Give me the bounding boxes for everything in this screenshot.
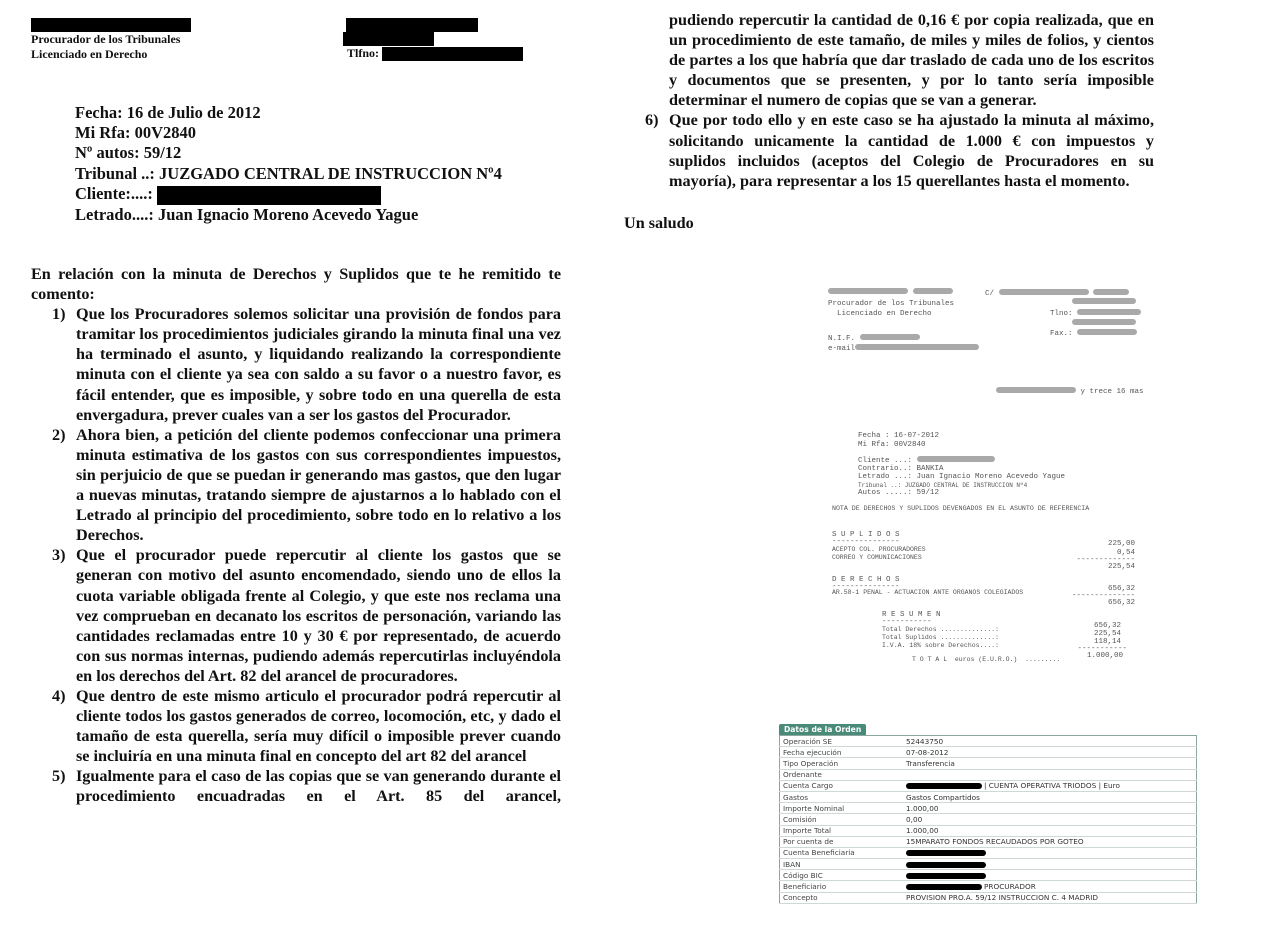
order-key: Gastos: [780, 791, 904, 802]
reference-block: Fecha: 16 de Julio de 2012 Mi Rfa: 00V28…: [75, 103, 502, 225]
order-row: Ordenante: [780, 769, 1197, 780]
order-row: Código BIC: [780, 870, 1197, 881]
order-value: | CUENTA OPERATIVA TRIODOS | Euro: [903, 780, 1197, 791]
order-key: Cuenta Beneficiaria: [780, 847, 904, 858]
redacted-field: [906, 862, 986, 868]
order-value: 07-08-2012: [903, 747, 1197, 758]
ref-fecha: Fecha: 16 de Julio de 2012: [75, 103, 502, 123]
order-key: Ordenante: [780, 769, 904, 780]
order-row: IBAN: [780, 859, 1197, 870]
order-details: Datos de la Orden Operación SE52443750Fe…: [779, 724, 1197, 904]
order-row: Operación SE52443750: [780, 736, 1197, 747]
intro-paragraph: En relación con la minuta de Derechos y …: [31, 264, 561, 304]
redacted-name: [31, 18, 191, 32]
order-value: 15MPARATO FONDOS RECAUDADOS POR GOTEO: [903, 836, 1197, 847]
letterhead-degree: Licenciado en Derecho: [31, 47, 191, 62]
point-item: 5)Igualmente para el caso de las copias …: [31, 766, 561, 806]
point-item: 4)Que dentro de este mismo articulo el p…: [31, 686, 561, 766]
order-row: GastosGastos Compartidos: [780, 791, 1197, 802]
order-value: 52443750: [903, 736, 1197, 747]
order-key: Tipo Operación: [780, 758, 904, 769]
point-item-continued: pudiendo repercutir la cantidad de 0,16 …: [624, 10, 1154, 110]
order-key: Beneficiario: [780, 881, 904, 892]
scan-title: Procurador de los Tribunales: [828, 300, 954, 309]
order-key: Fecha ejecución: [780, 747, 904, 758]
point-item: 2)Ahora bien, a petición del cliente pod…: [31, 425, 561, 546]
letter-body-left: En relación con la minuta de Derechos y …: [31, 264, 561, 807]
order-value: PROVISION PRO.A. 59/12 INSTRUCCION C. 4 …: [903, 892, 1197, 903]
order-row: ConceptoPROVISION PRO.A. 59/12 INSTRUCCI…: [780, 892, 1197, 903]
order-value: [903, 769, 1197, 780]
order-key: Operación SE: [780, 736, 904, 747]
scan-degree: Licenciado en Derecho: [828, 310, 932, 319]
order-row: Importe Nominal1.000,00: [780, 803, 1197, 814]
redacted-field: [906, 873, 986, 879]
order-row: Cuenta Cargo| CUENTA OPERATIVA TRIODOS |…: [780, 780, 1197, 791]
point-item: 3)Que el procurador puede repercutir al …: [31, 545, 561, 686]
letter-body-right: pudiendo repercutir la cantidad de 0,16 …: [624, 10, 1154, 233]
order-value: Transferencia: [903, 758, 1197, 769]
letterhead-title: Procurador de los Tribunales: [31, 32, 191, 47]
ref-autos: Nº autos: 59/12: [75, 143, 502, 163]
order-row: Tipo OperaciónTransferencia: [780, 758, 1197, 769]
redacted-field: [906, 850, 986, 856]
phone-label: Tlfno:: [347, 46, 379, 60]
redacted-city: [343, 32, 434, 46]
point-item: 1)Que los Procuradores solemos solicitar…: [31, 304, 561, 425]
order-value: [903, 847, 1197, 858]
order-value: [903, 859, 1197, 870]
order-row: Importe Total1.000,00: [780, 825, 1197, 836]
order-row: BeneficiarioPROCURADOR: [780, 881, 1197, 892]
redacted-client: [157, 186, 381, 205]
order-key: Comisión: [780, 814, 904, 825]
order-key: Código BIC: [780, 870, 904, 881]
order-key: Concepto: [780, 892, 904, 903]
order-value: [903, 870, 1197, 881]
order-key: Por cuenta de: [780, 836, 904, 847]
order-key: Importe Nominal: [780, 803, 904, 814]
redacted-field: [906, 884, 982, 890]
closing: Un saludo: [624, 213, 1154, 233]
ref-cliente-label: Cliente:....:: [75, 184, 153, 203]
point-item: 6) Que por todo ello y en este caso se h…: [624, 110, 1154, 190]
redacted-phone: [382, 47, 523, 61]
order-key: Importe Total: [780, 825, 904, 836]
redacted-field: [906, 783, 982, 789]
letterhead-right: Tlfno:: [343, 18, 523, 61]
ref-rfa: Mi Rfa: 00V2840: [75, 123, 502, 143]
order-row: Fecha ejecución07-08-2012: [780, 747, 1197, 758]
order-title: Datos de la Orden: [779, 724, 866, 735]
order-key: Cuenta Cargo: [780, 780, 904, 791]
points-list-continued: pudiendo repercutir la cantidad de 0,16 …: [624, 10, 1154, 191]
order-table: Operación SE52443750Fecha ejecución07-08…: [779, 735, 1197, 904]
order-value: Gastos Compartidos: [903, 791, 1197, 802]
ref-tribunal: Tribunal ..: JUZGADO CENTRAL DE INSTRUCC…: [75, 164, 502, 184]
letterhead-left: Procurador de los Tribunales Licenciado …: [31, 18, 191, 62]
order-value: 1.000,00: [903, 825, 1197, 836]
order-row: Cuenta Beneficiaria: [780, 847, 1197, 858]
redacted-address: [346, 18, 478, 32]
ref-letrado: Letrado....: Juan Ignacio Moreno Acevedo…: [75, 205, 502, 225]
order-key: IBAN: [780, 859, 904, 870]
order-value: PROCURADOR: [903, 881, 1197, 892]
order-row: Por cuenta de15MPARATO FONDOS RECAUDADOS…: [780, 836, 1197, 847]
order-value: 1.000,00: [903, 803, 1197, 814]
scanned-invoice: Procurador de los Tribunales Licenciado …: [828, 286, 1143, 666]
order-value: 0,00: [903, 814, 1197, 825]
points-list: 1)Que los Procuradores solemos solicitar…: [31, 304, 561, 806]
order-row: Comisión0,00: [780, 814, 1197, 825]
